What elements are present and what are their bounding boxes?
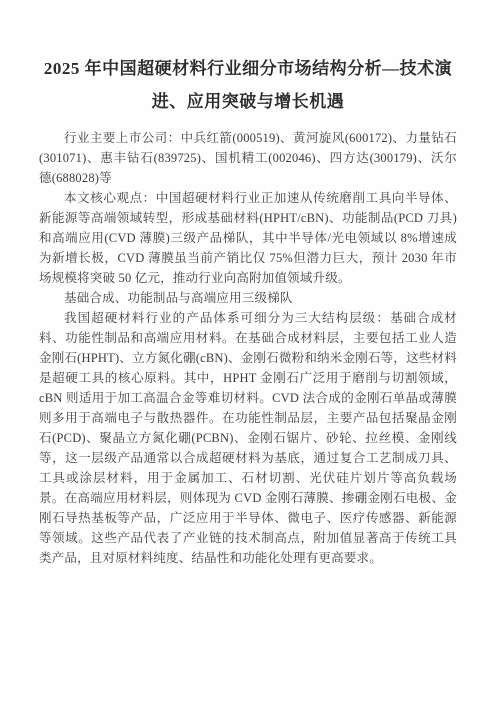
document-page: 2025 年中国超硬材料行业细分市场结构分析—技术演进、应用突破与增长机遇 行业… [0, 0, 496, 701]
paragraph-core-viewpoint: 本文核心观点：中国超硬材料行业正加速从传统磨削工具向半导体、新能源等高端领域转型… [39, 188, 457, 288]
document-body: 行业主要上市公司：中兵红箭(000519)、黄河旋风(600172)、力量钻石(… [0, 128, 496, 568]
paragraph-listed-companies: 行业主要上市公司：中兵红箭(000519)、黄河旋风(600172)、力量钻石(… [39, 128, 457, 188]
document-title: 2025 年中国超硬材料行业细分市场结构分析—技术演进、应用突破与增长机遇 [28, 52, 468, 118]
paragraph-product-tier-detail: 我国超硬材料行业的产品体系可细分为三大结构层级：基础合成材料、功能性制品和高端应… [39, 308, 457, 568]
section-heading-product-tiers: 基础合成、功能制品与高端应用三级梯队 [39, 288, 457, 308]
